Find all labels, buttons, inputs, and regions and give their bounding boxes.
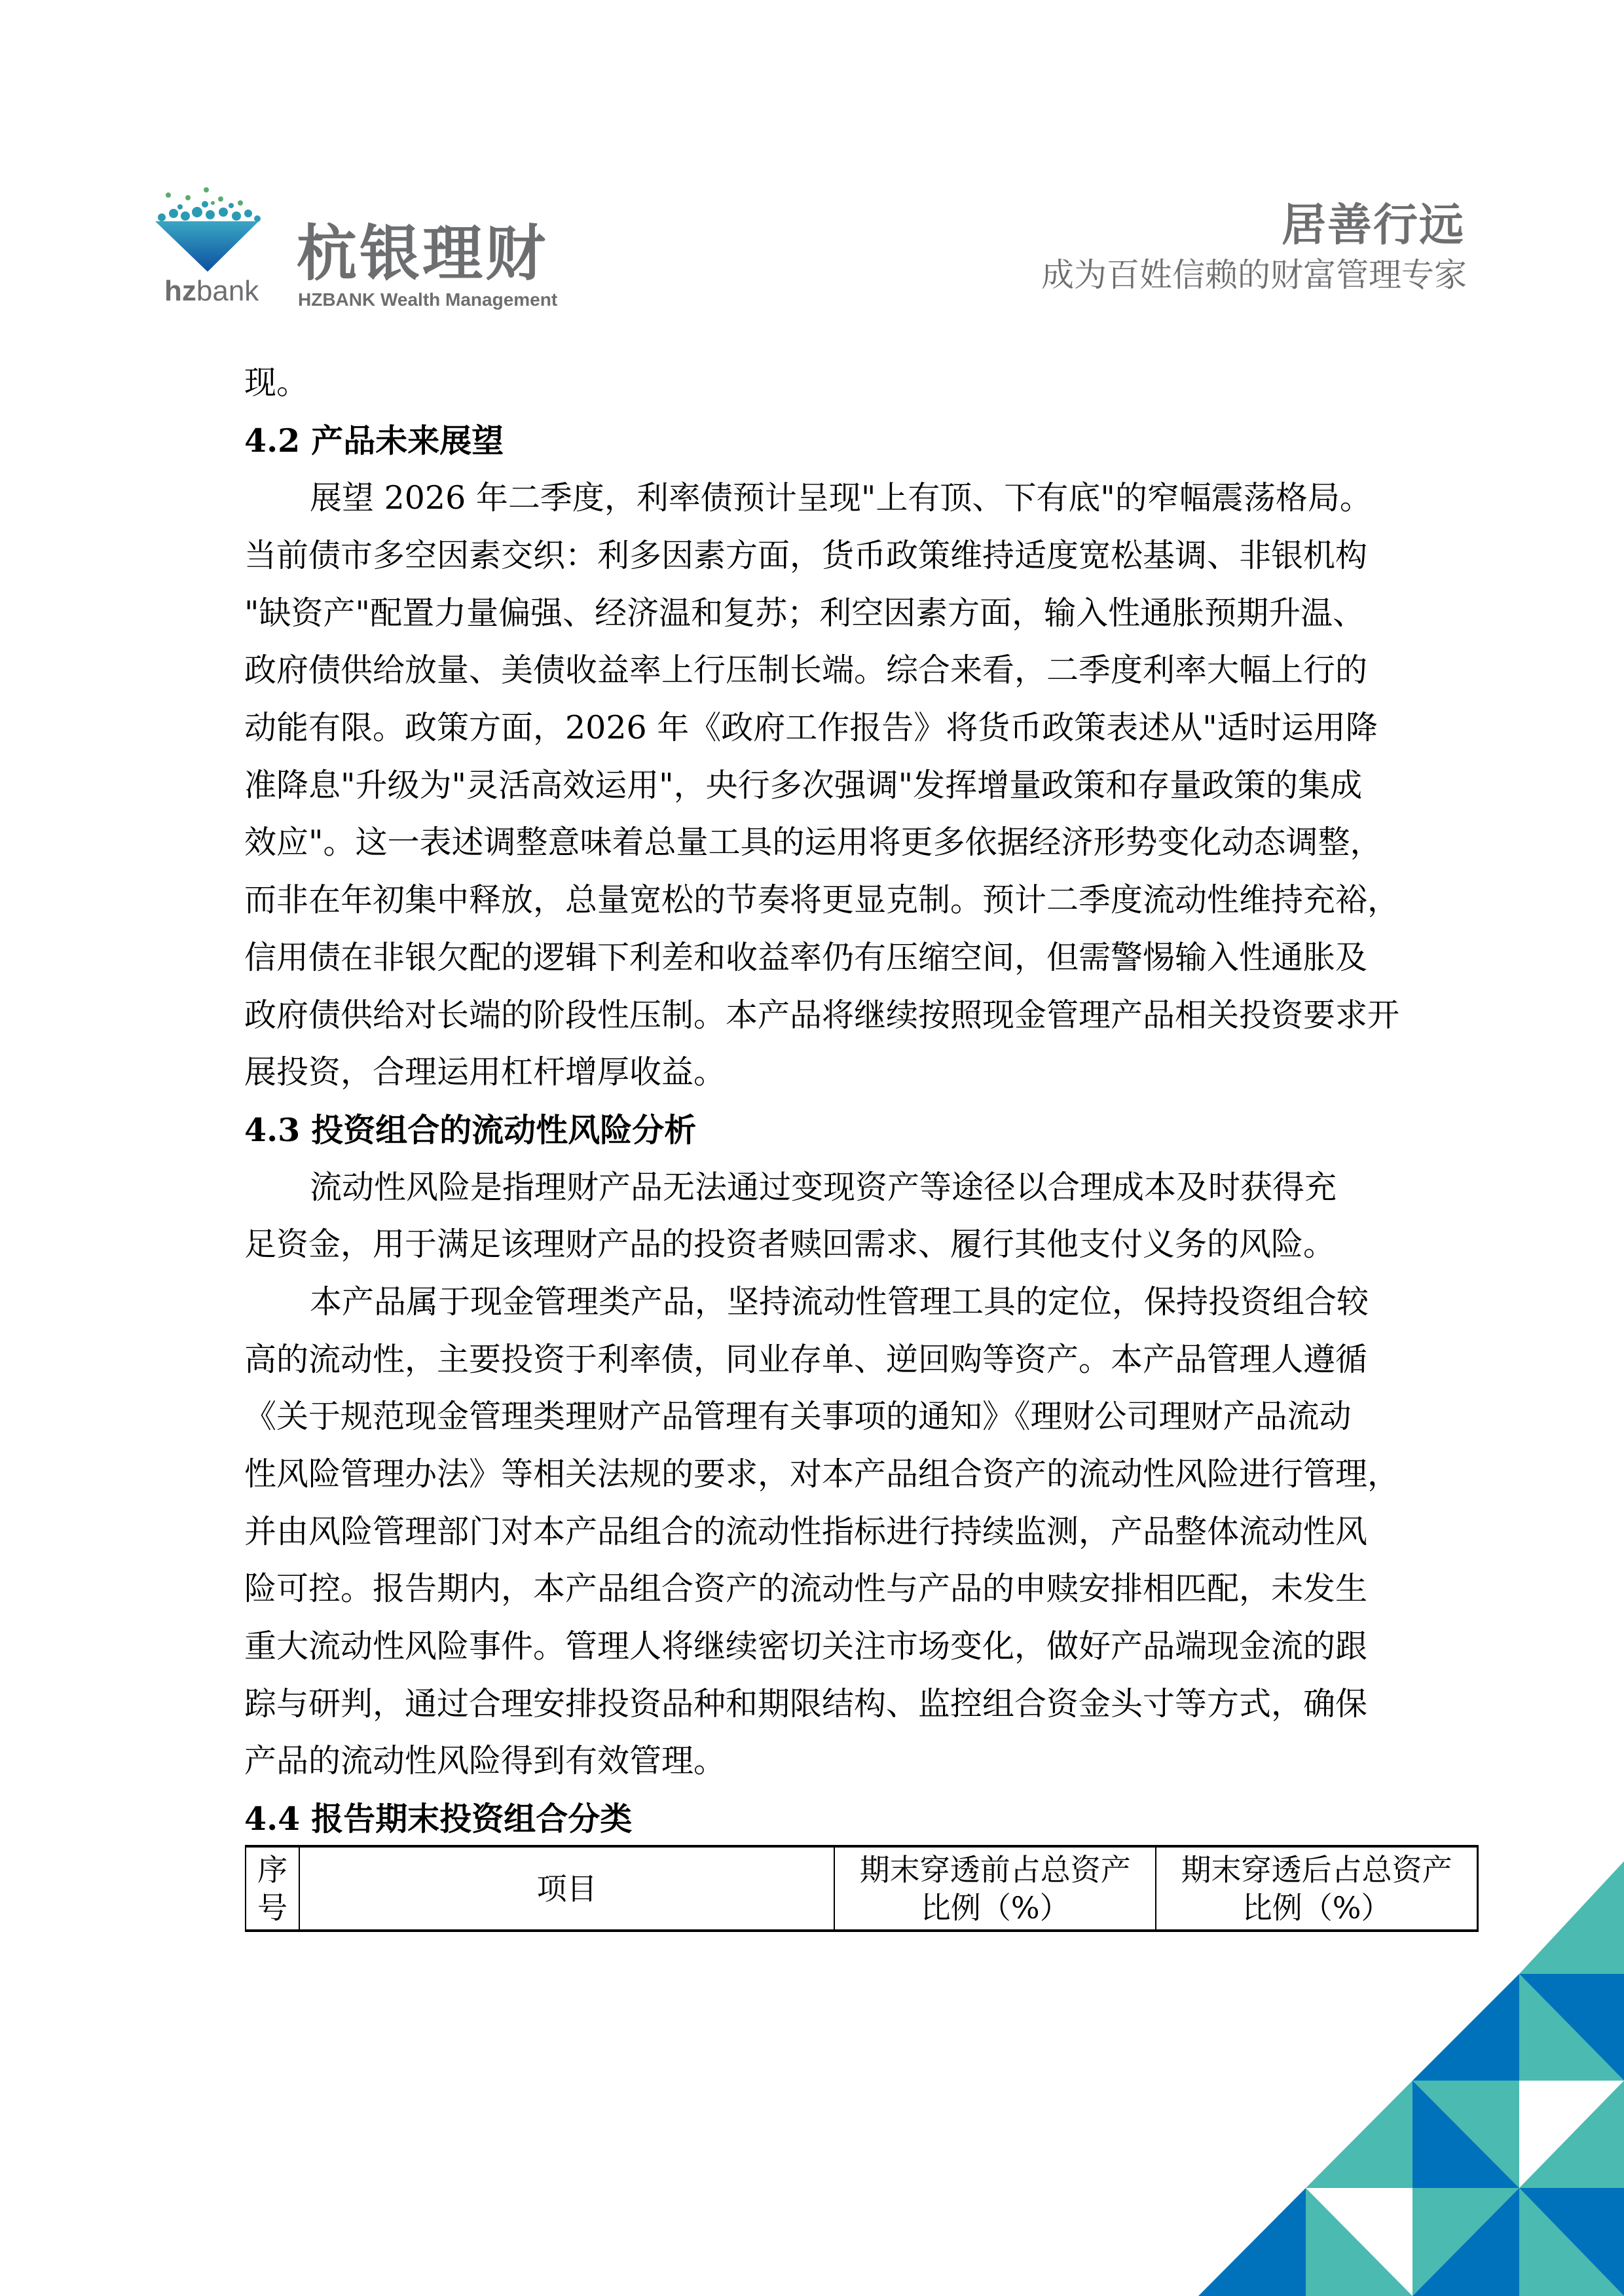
text-line: 现。 — [244, 354, 308, 412]
section-heading-4-3: 4.3 投资组合的流动性风险分析 — [244, 1101, 696, 1159]
text-line: 险可控。报告期内，本产品组合资产的流动性与产品的申赎安排相匹配，未发生 — [244, 1560, 1367, 1618]
logo-brand-cn: 杭银理财 — [297, 221, 548, 287]
logo-hzbank-text: hzbank — [164, 275, 259, 308]
decorative-triangles — [1198, 1861, 1624, 2296]
text-line: 准降息"升级为"灵活高效运用"，央行多次强调"发挥增量政策和存量政策的集成 — [244, 757, 1362, 814]
text-line: 并由风险管理部门对本产品组合的流动性指标进行持续监测，产品整体流动性风 — [244, 1503, 1367, 1561]
section-heading-4-2: 4.2 产品未来展望 — [244, 412, 504, 469]
text-line: 足资金，用于满足该理财产品的投资者赎回需求、履行其他支付义务的风险。 — [244, 1216, 1335, 1273]
text-line: 流动性风险是指理财产品无法通过变现资产等途径以合理成本及时获得充 — [310, 1159, 1337, 1216]
text-line: 踪与研判，通过合理安排投资品种和期限结构、监控组合资金头寸等方式，确保 — [244, 1675, 1367, 1733]
text-line: 本产品属于现金管理类产品，坚持流动性管理工具的定位，保持投资组合较 — [310, 1273, 1369, 1331]
logo-brand-en: HZBANK Wealth Management — [298, 289, 557, 310]
text-line: 动能有限。政策方面，2026 年《政府工作报告》将货币政策表述从"适时运用降 — [244, 699, 1378, 757]
text-line: 而非在年初集中释放，总量宽松的节奏将更显克制。预计二季度流动性维持充裕， — [244, 871, 1399, 929]
company-logo: hzbank 杭银理财 HZBANK Wealth Management — [147, 183, 580, 308]
text-line: "缺资产"配置力量偏强、经济温和复苏；利空因素方面，输入性通胀预期升温、 — [244, 585, 1365, 642]
text-line: 政府债供给对长端的阶段性压制。本产品将继续按照现金管理产品相关投资要求开 — [244, 987, 1399, 1044]
text-line: 政府债供给放量、美债收益率上行压制长端。综合来看，二季度利率大幅上行的 — [244, 642, 1367, 699]
text-line: 展投资，合理运用杠杆增厚收益。 — [244, 1044, 726, 1101]
col-header-item: 项目 — [299, 1846, 834, 1931]
text-line: 效应"。这一表述调整意味着总量工具的运用将更多依据经济形势变化动态调整， — [244, 814, 1382, 871]
text-line: 信用债在非银欠配的逻辑下利差和收益率仍有压缩空间，但需警惕输入性通胀及 — [244, 929, 1367, 987]
text-line: 产品的流动性风险得到有效管理。 — [244, 1732, 726, 1790]
text-line: 展望 2026 年二季度，利率债预计呈现"上有顶、下有底"的窄幅震荡格局。 — [310, 469, 1372, 527]
text-line: 高的流动性，主要投资于利率债，同业存单、逆回购等资产。本产品管理人遵循 — [244, 1331, 1367, 1389]
section-heading-4-4: 4.4 报告期末投资组合分类 — [244, 1790, 632, 1848]
col-header-before-lookthrough: 期末穿透前占总资产 比例（%） — [834, 1846, 1156, 1931]
text-line: 性风险管理办法》等相关法规的要求，对本产品组合资产的流动性风险进行管理， — [244, 1446, 1399, 1503]
slogan-sub: 成为百姓信赖的财富管理专家 — [1041, 255, 1467, 295]
text-line: 重大流动性风险事件。管理人将继续密切关注市场变化，做好产品端现金流的跟 — [244, 1618, 1367, 1675]
col-header-seq: 序 号 — [246, 1846, 299, 1931]
text-line: 《关于规范现金管理类理财产品管理有关事项的通知》《理财公司理财产品流动 — [244, 1388, 1352, 1446]
slogan-main: 居善行远 — [1282, 200, 1465, 252]
text-line: 当前债市多空因素交织：利多因素方面，货币政策维持适度宽松基调、非银机构 — [244, 527, 1367, 585]
